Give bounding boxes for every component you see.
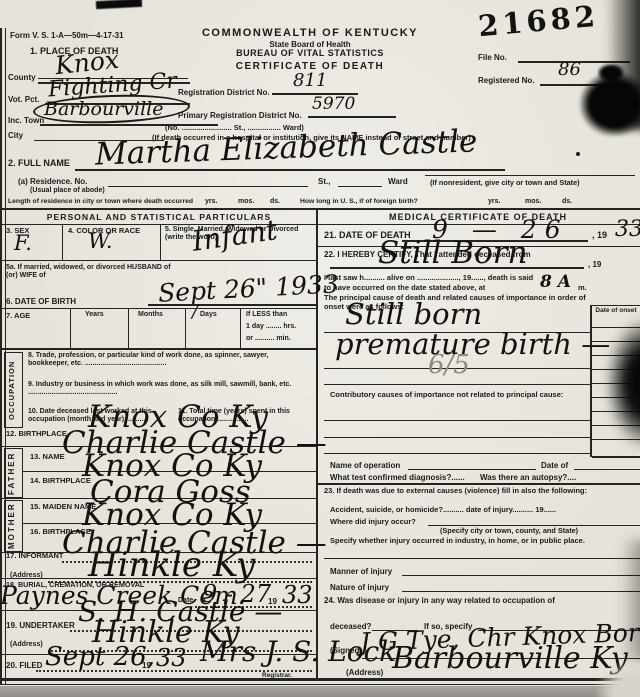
trade-label: 8. Trade, profession, or particular kind… [28, 352, 310, 369]
foreign-birth-label: How long in U. S., if of foreign birth? [300, 198, 418, 206]
age-label: 7. AGE [6, 312, 30, 321]
informant-address-label: (Address) [10, 572, 43, 580]
filed-year-value: 33 [156, 646, 187, 670]
file-no-label: File No. [478, 53, 507, 62]
onset-row-line [592, 439, 640, 440]
cell-divider [160, 224, 161, 260]
scan-artifact-top-bar [96, 0, 142, 9]
title-commonwealth: COMMONWEALTH OF KENTUCKY [170, 27, 450, 40]
last-saw-line: I last saw h.......... alive on ........… [324, 274, 533, 283]
date-of-death-year-prefix: , 19 [592, 230, 607, 241]
nonresident-line [425, 175, 635, 176]
rule [590, 305, 640, 306]
cause-pencil-note: 6/5 [428, 352, 470, 378]
certify-year-label: , 19 [588, 260, 601, 269]
form-number: Form V. S. 1-A—50m—4-17-31 [10, 31, 124, 40]
registered-no-line [540, 84, 632, 86]
certify-value: Still Born [378, 238, 528, 269]
sex-value: F. [14, 233, 32, 254]
onset-row-line [592, 383, 640, 384]
operation-label: Name of operation [330, 461, 400, 470]
rule [324, 437, 590, 438]
residence-ward-label: Ward [388, 177, 408, 186]
full-name-label: 2. FULL NAME [8, 158, 70, 169]
age-less-label-3: or .......... min. [246, 335, 291, 343]
rule [408, 469, 536, 470]
full-name-line [75, 169, 505, 171]
where-injury-label: Where did injury occur? [330, 518, 416, 527]
occupation-side-label: OCCUPATION [7, 353, 16, 427]
length-mos-label: mos. [238, 198, 254, 206]
scan-artifact-bottom-strip [0, 686, 640, 697]
residence-ward-line [338, 186, 382, 187]
precinct-label: Vot. Pct. [8, 95, 39, 104]
father-side-box [4, 448, 23, 498]
occurred-line: to have occurred on the date stated abov… [324, 284, 485, 293]
informant-label: 17. INFORMANT [6, 552, 64, 561]
undertaker-label: 19. UNDERTAKER [6, 621, 75, 630]
residence-line [108, 186, 308, 187]
onset-row-line [592, 425, 640, 426]
birthplace-label: 12. BIRTHPLACE [6, 430, 67, 439]
length-of-residence-label: Length of residence in city or town wher… [8, 198, 193, 206]
date-of-birth-label: 6. DATE OF BIRTH [6, 297, 76, 306]
signed-address-value: Barbourville Ky [392, 644, 628, 674]
rule [390, 678, 640, 679]
contributory-line: Contributory causes of importance not re… [330, 391, 592, 400]
rule [0, 308, 316, 309]
residence-street-label: St., [318, 177, 330, 186]
title-bureau: BUREAU OF VITAL STATISTICS [170, 48, 450, 59]
registration-district-value: 811 [293, 72, 327, 90]
nonresident-note: (If nonresident, give city or town and S… [430, 179, 580, 188]
date-of-birth-value: Sept 26" 1933 [157, 271, 339, 305]
residence-label: (a) Residence. No. [18, 177, 87, 186]
length-ds-label: ds. [270, 198, 280, 206]
scan-artifact-ink-blot [580, 72, 640, 136]
rule [0, 260, 316, 261]
autopsy-label: Was there an autopsy?.... [480, 473, 576, 482]
marital-value: Infant [190, 216, 279, 256]
cell-divider [62, 224, 63, 260]
cell-divider [185, 308, 186, 348]
undertaker-address-label: (Address) [10, 641, 43, 649]
primary-district-label: Primary Registration District No. [178, 111, 302, 120]
test-label: What test confirmed diagnosis?...... [330, 473, 465, 482]
where-injury-note: (Specify city or town, county, and State… [440, 527, 578, 536]
registrar-label: Registrar. [262, 672, 292, 680]
rule [324, 420, 590, 421]
age-less-label-1: If LESS than [246, 311, 287, 319]
cause-of-death-2: premature birth — [335, 330, 610, 359]
race-value: W. [88, 231, 113, 252]
primary-district-value: 5970 [312, 96, 355, 113]
death-certificate-scan: Form V. S. 1-A—50m—4-17-31 21682 COMMONW… [0, 0, 640, 697]
age-days-mark: / [192, 303, 198, 321]
occupation-related-line: 24. Was disease or injury in any way rel… [324, 596, 555, 605]
foreign-yrs-label: yrs. [488, 198, 500, 206]
section-top-rule [0, 208, 640, 210]
onset-row-line [592, 456, 640, 458]
informant-address-value: Hinkle Ky [88, 548, 255, 582]
husband-of-label: 5a. If married, widowed, or divorced HUS… [6, 264, 171, 281]
rule [0, 348, 316, 350]
inc-town-value: Barbourville [44, 100, 164, 119]
rule [574, 469, 640, 470]
inc-town-label: Inc. Town [8, 116, 44, 125]
cause-of-death-1: Still born [345, 300, 482, 329]
signed-address-label: (Address) [346, 668, 383, 677]
cell-divider [128, 308, 129, 348]
rule [402, 591, 640, 592]
foreign-ds-label: ds. [562, 198, 572, 206]
scan-artifact-top-right-edge [606, 0, 640, 130]
external-causes-line: 23. If death was due to external causes … [324, 487, 634, 496]
industry-label: 9. Industry or business in which work wa… [28, 381, 310, 398]
cell-divider [240, 308, 241, 348]
rule [402, 575, 640, 576]
burial-year-value: 33 [282, 583, 313, 607]
city-label: City [8, 131, 23, 140]
county-label: County [8, 73, 36, 82]
rule [318, 483, 640, 485]
accident-line: Accident, suicide, or homicide?.........… [330, 506, 556, 515]
public-place-line: Specify whether injury occurred in indus… [330, 537, 630, 546]
rule [148, 304, 316, 306]
age-months-label: Months [138, 311, 163, 319]
occurred-time-value: 8 A [540, 274, 571, 291]
length-yrs-label: yrs. [205, 198, 217, 206]
age-days-label: Days [200, 311, 217, 319]
ink-dot [576, 152, 580, 156]
rule [324, 558, 640, 559]
scan-artifact-ink-blot-small [598, 64, 624, 82]
age-less-label-2: 1 day ........ hrs. [246, 323, 296, 331]
serial-stamp: 21682 [477, 0, 600, 43]
onset-row-line [592, 397, 640, 398]
rule [324, 384, 590, 385]
filed-date-value: Sept 26, [45, 644, 155, 670]
registered-no-value: 86 [558, 61, 581, 79]
nature-of-injury-label: Nature of injury [330, 583, 389, 592]
onset-row-line [592, 369, 640, 370]
onset-row-line [592, 411, 640, 412]
foreign-mos-label: mos. [525, 198, 541, 206]
manner-of-injury-label: Manner of injury [330, 567, 392, 576]
operation-date-label: Date of [541, 461, 568, 470]
primary-district-line [308, 116, 396, 118]
signed-label: (Signed [330, 646, 359, 655]
registration-district-label: Registration District No. [178, 88, 270, 97]
date-of-onset-header: Date of onset [593, 307, 639, 314]
meridiem-label: m. [578, 284, 587, 293]
cell-divider [70, 308, 71, 348]
bottom-border-thin [0, 684, 640, 685]
rule [330, 267, 584, 269]
mother-side-box [4, 500, 23, 552]
rule [0, 578, 316, 579]
date-of-death-year-value: 33 [615, 219, 640, 241]
age-years-label: Years [85, 311, 104, 319]
registered-no-label: Registered No. [478, 76, 534, 85]
abode-note: (Usual place of abode) [30, 187, 105, 195]
rule [324, 453, 590, 454]
father-name-label: 13. NAME [30, 453, 65, 462]
